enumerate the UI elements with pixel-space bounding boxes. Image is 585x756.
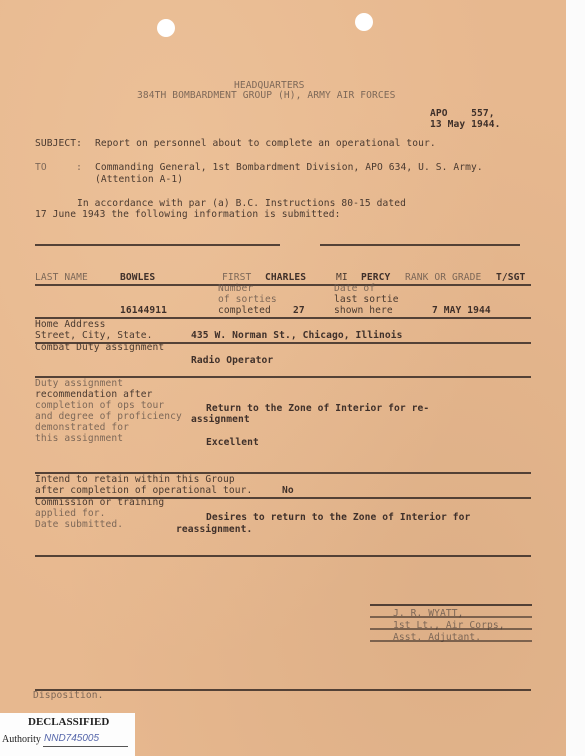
field-underline xyxy=(35,284,531,286)
last-sortie-label-2: last sortie xyxy=(334,294,399,305)
signature-line xyxy=(370,640,532,642)
retain-label-1: Intend to retain within this Group xyxy=(35,474,235,485)
home-address-label-2: Street, City, State. xyxy=(35,330,153,341)
stamp-authority-label: Authority xyxy=(2,734,41,745)
to-attention: (Attention A-1) xyxy=(95,174,183,185)
home-address-value: 435 W. Norman St., Chicago, Illinois xyxy=(191,330,403,341)
commission-value-1: Desires to return to the Zone of Interio… xyxy=(206,512,470,523)
stamp-authority-value: NND745005 xyxy=(44,733,99,744)
duty-label-1: Duty assignment xyxy=(35,378,123,389)
punch-hole xyxy=(157,19,175,37)
to-label: TO : xyxy=(35,162,82,173)
mi-label: MI xyxy=(336,272,348,283)
commission-value-2: reassignment. xyxy=(176,524,252,535)
stamp-underline xyxy=(43,746,128,747)
sorties-label-1: Number xyxy=(218,283,253,294)
rank-value: T/SGT xyxy=(496,272,525,283)
last-sortie-label-1: Date of xyxy=(334,283,375,294)
home-address-label-1: Home Address xyxy=(35,319,106,330)
intro-line2: 17 June 1943 the following information i… xyxy=(35,209,341,220)
duty-label-2: recommendation after xyxy=(35,389,153,400)
duty-label-3: completion of ops tour xyxy=(35,400,164,411)
rank-label: RANK OR GRADE xyxy=(405,272,481,283)
disposition-label: Disposition. xyxy=(33,690,104,701)
subject-text: Report on personnel about to complete an… xyxy=(95,138,436,149)
document-page: HEADQUARTERS 384TH BOMBARDMENT GROUP (H)… xyxy=(0,0,566,756)
last-sortie-value: 7 MAY 1944 xyxy=(432,305,491,316)
signature-line xyxy=(370,628,532,630)
last-name-value: BOWLES xyxy=(120,272,155,283)
commission-label-2: applied for. xyxy=(35,508,106,519)
commission-label-1: Commission or training xyxy=(35,497,164,508)
sorties-label-2: of sorties xyxy=(218,294,277,305)
divider xyxy=(320,244,520,246)
intro-line1: In accordance with par (a) B.C. Instruct… xyxy=(77,198,406,209)
scan-edge xyxy=(566,0,585,756)
duty-recommendation-2: assignment xyxy=(191,414,250,425)
sorties-label-3: completed xyxy=(218,305,271,316)
duty-label-4: and degree of proficiency xyxy=(35,411,182,422)
serial-number: 16144911 xyxy=(120,305,167,316)
signature-line xyxy=(370,616,532,618)
field-underline xyxy=(35,317,531,319)
punch-hole xyxy=(355,13,373,31)
divider xyxy=(35,244,280,246)
last-name-label: LAST NAME xyxy=(35,272,88,283)
stamp-title: DECLASSIFIED xyxy=(28,716,109,728)
duty-label-6: this assignment xyxy=(35,433,123,444)
retain-label-2: after completion of operational tour. xyxy=(35,485,252,496)
mi-value: PERCY xyxy=(361,272,390,283)
to-text: Commanding General, 1st Bombardment Divi… xyxy=(95,162,483,173)
commission-label-3: Date submitted. xyxy=(35,519,123,530)
apo-number: APO 557, xyxy=(430,108,495,119)
proficiency-value: Excellent xyxy=(206,437,259,448)
combat-label: Combat Duty assignment xyxy=(35,342,164,353)
first-name-value: CHARLES xyxy=(265,272,306,283)
document-date: 13 May 1944. xyxy=(430,119,501,130)
sorties-value: 27 xyxy=(293,305,305,316)
header-line2: 384TH BOMBARDMENT GROUP (H), ARMY AIR FO… xyxy=(137,90,396,101)
duty-recommendation-1: Return to the Zone of Interior for re- xyxy=(206,403,429,414)
subject-label: SUBJECT: xyxy=(35,138,82,149)
signature-line xyxy=(370,604,532,606)
declassified-stamp: DECLASSIFIED Authority NND745005 xyxy=(0,713,135,756)
duty-label-5: demonstrated for xyxy=(35,422,129,433)
retain-value: No xyxy=(282,485,294,496)
divider xyxy=(35,555,531,557)
first-name-label: FIRST xyxy=(222,272,251,283)
last-sortie-label-3: shown here xyxy=(334,305,393,316)
combat-value: Radio Operator xyxy=(191,355,273,366)
disposition-line xyxy=(35,689,531,691)
